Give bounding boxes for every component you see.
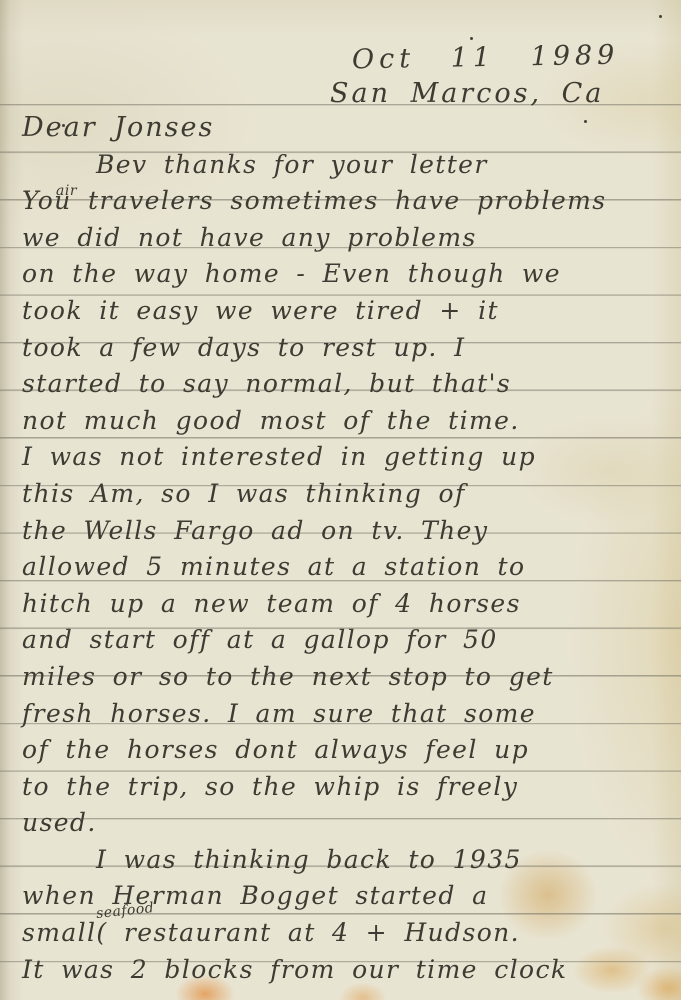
letter-line: fresh horses. I am sure that some — [22, 696, 677, 733]
letter-line: and start off at a gallop for 50 — [22, 622, 677, 659]
letter-page: Oct 11 1989 San Marcos, Ca Dear Jonses B… — [0, 0, 681, 1000]
letter-line: allowed 5 minutes at a station to — [22, 549, 677, 586]
date-line: Oct 11 1989 — [352, 40, 620, 76]
letter-line: used. — [22, 805, 677, 842]
letter-line: It was 2 blocks from our time clock — [22, 952, 677, 989]
paper-speck — [584, 120, 587, 123]
letter-line: Bev thanks for your letter — [22, 147, 677, 184]
letter-line: started to say normal, but that's — [22, 366, 677, 403]
letter-line: on the way home - Even though we — [22, 256, 677, 293]
letter-line: I was not interested in getting up — [22, 439, 677, 476]
paper-speck — [659, 15, 662, 18]
letter-line: of the horses dont always feel up — [22, 732, 677, 769]
letter-line: small( restaurant at 4 + Hudson. — [22, 915, 677, 952]
letter-line: we did not have any problems — [22, 220, 677, 257]
letter-line: I was thinking back to 1935 — [22, 842, 677, 879]
letter-line: this Am, so I was thinking of — [22, 476, 677, 513]
letter-line: not much good most of the time. — [22, 403, 677, 440]
letter-line: to the trip, so the whip is freely — [22, 769, 677, 806]
letter-line: You travelers sometimes have problems — [22, 183, 677, 220]
salutation: Dear Jonses — [22, 110, 677, 147]
letter-line: miles or so to the next stop to get — [22, 659, 677, 696]
paper-speck — [470, 37, 473, 40]
place-line: San Marcos, Ca — [330, 78, 604, 109]
paper-speck — [62, 124, 65, 127]
letter-body: Dear Jonses Bev thanks for your letterYo… — [22, 110, 677, 988]
letter-line: took it easy we were tired + it — [22, 293, 677, 330]
letter-line: took a few days to rest up. I — [22, 330, 677, 367]
letter-line: the Wells Fargo ad on tv. They — [22, 513, 677, 550]
letter-lines: Bev thanks for your letterYou travelers … — [22, 147, 677, 989]
letter-line: hitch up a new team of 4 horses — [22, 586, 677, 623]
insertion-air: air — [56, 183, 77, 199]
